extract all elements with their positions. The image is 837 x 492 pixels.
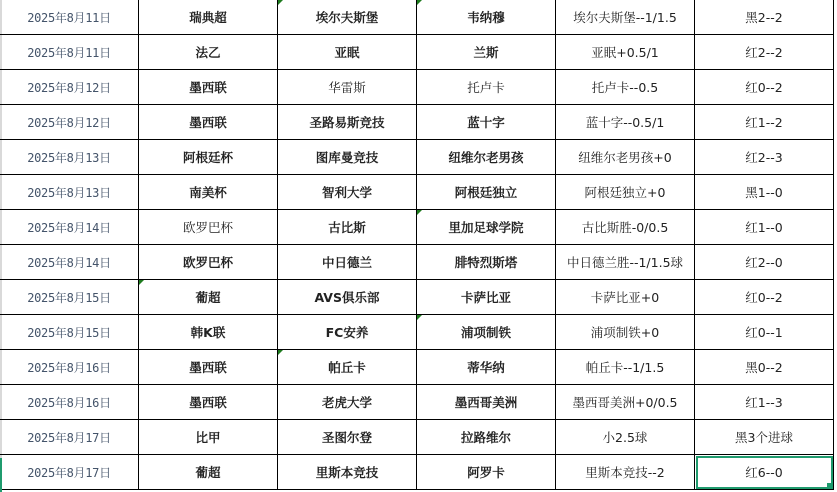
handicap-pick-cell[interactable]: 托卢卡--0.5 bbox=[556, 70, 695, 105]
table-row: 2025年8月17日 葡超 里斯本竞技 阿罗卡 里斯本竞技--2 红6--0 bbox=[0, 455, 834, 490]
date-cell[interactable]: 2025年8月17日 bbox=[0, 420, 139, 455]
date-cell[interactable]: 2025年8月12日 bbox=[0, 105, 139, 140]
handicap-pick-cell[interactable]: 阿根廷独立+0 bbox=[556, 175, 695, 210]
away-team-cell[interactable]: 韦纳穆 bbox=[417, 0, 556, 35]
result-cell[interactable]: 红2--0 bbox=[695, 245, 834, 280]
result-text: 红6--0 bbox=[745, 465, 782, 480]
result-cell[interactable]: 红1--3 bbox=[695, 385, 834, 420]
league-cell[interactable]: 葡超 bbox=[139, 280, 278, 315]
date-cell[interactable]: 2025年8月13日 bbox=[0, 140, 139, 175]
result-cell[interactable]: 黑1--0 bbox=[695, 175, 834, 210]
date-cell[interactable]: 2025年8月11日 bbox=[0, 0, 139, 35]
home-team-cell[interactable]: 圣路易斯竞技 bbox=[278, 105, 417, 140]
result-cell[interactable]: 红0--2 bbox=[695, 70, 834, 105]
league-cell[interactable]: 墨西联 bbox=[139, 70, 278, 105]
result-cell[interactable]: 黑3个进球 bbox=[695, 420, 834, 455]
date-cell[interactable]: 2025年8月15日 bbox=[0, 280, 139, 315]
table-row: 2025年8月12日 墨西联 圣路易斯竞技 蓝十字 蓝十字--0.5/1 红1-… bbox=[0, 105, 834, 140]
handicap-pick-cell[interactable]: 中日德兰胜--1/1.5球 bbox=[556, 245, 695, 280]
home-team-cell[interactable]: 亚眠 bbox=[278, 35, 417, 70]
handicap-pick-cell[interactable]: 蓝十字--0.5/1 bbox=[556, 105, 695, 140]
away-team-cell[interactable]: 阿根廷独立 bbox=[417, 175, 556, 210]
date-cell[interactable]: 2025年8月14日 bbox=[0, 245, 139, 280]
result-cell[interactable]: 红2--2 bbox=[695, 35, 834, 70]
handicap-pick-cell[interactable]: 墨西哥美洲+0/0.5 bbox=[556, 385, 695, 420]
table-row: 2025年8月13日 阿根廷杯 图库曼竞技 纽维尔老男孩 纽维尔老男孩+0 红2… bbox=[0, 140, 834, 175]
handicap-pick-cell[interactable]: 古比斯胜-0/0.5 bbox=[556, 210, 695, 245]
handicap-pick-cell[interactable]: 埃尔夫斯堡--1/1.5 bbox=[556, 0, 695, 35]
home-team-cell[interactable]: 帕丘卡 bbox=[278, 350, 417, 385]
away-team-cell[interactable]: 托卢卡 bbox=[417, 70, 556, 105]
home-team-cell[interactable]: 老虎大学 bbox=[278, 385, 417, 420]
table-row: 2025年8月12日 墨西联 华雷斯 托卢卡 托卢卡--0.5 红0--2 bbox=[0, 70, 834, 105]
table-row: 2025年8月14日 欧罗巴杯 古比斯 里加足球学院 古比斯胜-0/0.5 红1… bbox=[0, 210, 834, 245]
handicap-pick-cell[interactable]: 浦项制铁+0 bbox=[556, 315, 695, 350]
home-team-cell[interactable]: FC安养 bbox=[278, 315, 417, 350]
away-team-cell[interactable]: 兰斯 bbox=[417, 35, 556, 70]
league-cell[interactable]: 墨西联 bbox=[139, 385, 278, 420]
result-cell[interactable]: 红0--1 bbox=[695, 315, 834, 350]
table-row: 2025年8月15日 韩K联 FC安养 浦项制铁 浦项制铁+0 红0--1 bbox=[0, 315, 834, 350]
away-team-cell[interactable]: 纽维尔老男孩 bbox=[417, 140, 556, 175]
result-cell[interactable]: 黑2--2 bbox=[695, 0, 834, 35]
date-cell[interactable]: 2025年8月11日 bbox=[0, 35, 139, 70]
league-cell[interactable]: 阿根廷杯 bbox=[139, 140, 278, 175]
table-row: 2025年8月17日 比甲 圣图尔登 拉路维尔 小2.5球 黑3个进球 bbox=[0, 420, 834, 455]
result-cell[interactable]: 红1--2 bbox=[695, 105, 834, 140]
league-cell[interactable]: 墨西联 bbox=[139, 350, 278, 385]
away-team-cell[interactable]: 拉路维尔 bbox=[417, 420, 556, 455]
handicap-pick-cell[interactable]: 里斯本竞技--2 bbox=[556, 455, 695, 490]
league-cell[interactable]: 法乙 bbox=[139, 35, 278, 70]
home-team-cell[interactable]: 里斯本竞技 bbox=[278, 455, 417, 490]
handicap-pick-cell[interactable]: 帕丘卡--1/1.5 bbox=[556, 350, 695, 385]
result-cell[interactable]: 红2--3 bbox=[695, 140, 834, 175]
result-cell-selected[interactable]: 红6--0 bbox=[695, 455, 834, 490]
handicap-pick-cell[interactable]: 卡萨比亚+0 bbox=[556, 280, 695, 315]
league-cell[interactable]: 韩K联 bbox=[139, 315, 278, 350]
date-cell[interactable]: 2025年8月16日 bbox=[0, 350, 139, 385]
table-row: 2025年8月11日 瑞典超 埃尔夫斯堡 韦纳穆 埃尔夫斯堡--1/1.5 黑2… bbox=[0, 0, 834, 35]
handicap-pick-cell[interactable]: 小2.5球 bbox=[556, 420, 695, 455]
away-team-cell[interactable]: 蒂华纳 bbox=[417, 350, 556, 385]
date-cell[interactable]: 2025年8月14日 bbox=[0, 210, 139, 245]
away-team-cell[interactable]: 墨西哥美洲 bbox=[417, 385, 556, 420]
table-row: 2025年8月13日 南美杯 智利大学 阿根廷独立 阿根廷独立+0 黑1--0 bbox=[0, 175, 834, 210]
fill-handle[interactable] bbox=[827, 483, 832, 488]
league-cell[interactable]: 瑞典超 bbox=[139, 0, 278, 35]
date-cell[interactable]: 2025年8月12日 bbox=[0, 70, 139, 105]
away-team-cell[interactable]: 里加足球学院 bbox=[417, 210, 556, 245]
result-cell[interactable]: 红0--2 bbox=[695, 280, 834, 315]
league-cell[interactable]: 葡超 bbox=[139, 455, 278, 490]
away-team-cell[interactable]: 阿罗卡 bbox=[417, 455, 556, 490]
date-cell[interactable]: 2025年8月13日 bbox=[0, 175, 139, 210]
away-team-cell[interactable]: 蓝十字 bbox=[417, 105, 556, 140]
spreadsheet-grid: 2025年8月11日 瑞典超 埃尔夫斯堡 韦纳穆 埃尔夫斯堡--1/1.5 黑2… bbox=[0, 0, 834, 490]
handicap-pick-cell[interactable]: 亚眠+0.5/1 bbox=[556, 35, 695, 70]
home-team-cell[interactable]: 智利大学 bbox=[278, 175, 417, 210]
home-team-cell[interactable]: 古比斯 bbox=[278, 210, 417, 245]
league-cell[interactable]: 比甲 bbox=[139, 420, 278, 455]
away-team-cell[interactable]: 卡萨比亚 bbox=[417, 280, 556, 315]
table-row: 2025年8月11日 法乙 亚眠 兰斯 亚眠+0.5/1 红2--2 bbox=[0, 35, 834, 70]
home-team-cell[interactable]: AVS俱乐部 bbox=[278, 280, 417, 315]
home-team-cell[interactable]: 圣图尔登 bbox=[278, 420, 417, 455]
table-row: 2025年8月16日 墨西联 帕丘卡 蒂华纳 帕丘卡--1/1.5 黑0--2 bbox=[0, 350, 834, 385]
league-cell[interactable]: 欧罗巴杯 bbox=[139, 210, 278, 245]
date-cell[interactable]: 2025年8月17日 bbox=[0, 455, 139, 490]
league-cell[interactable]: 南美杯 bbox=[139, 175, 278, 210]
home-team-cell[interactable]: 中日德兰 bbox=[278, 245, 417, 280]
away-team-cell[interactable]: 腓特烈斯塔 bbox=[417, 245, 556, 280]
home-team-cell[interactable]: 图库曼竞技 bbox=[278, 140, 417, 175]
home-team-cell[interactable]: 埃尔夫斯堡 bbox=[278, 0, 417, 35]
table-row: 2025年8月14日 欧罗巴杯 中日德兰 腓特烈斯塔 中日德兰胜--1/1.5球… bbox=[0, 245, 834, 280]
table-row: 2025年8月15日 葡超 AVS俱乐部 卡萨比亚 卡萨比亚+0 红0--2 bbox=[0, 280, 834, 315]
result-cell[interactable]: 黑0--2 bbox=[695, 350, 834, 385]
date-cell[interactable]: 2025年8月15日 bbox=[0, 315, 139, 350]
league-cell[interactable]: 墨西联 bbox=[139, 105, 278, 140]
date-cell[interactable]: 2025年8月16日 bbox=[0, 385, 139, 420]
away-team-cell[interactable]: 浦项制铁 bbox=[417, 315, 556, 350]
active-row-indicator bbox=[0, 458, 2, 492]
result-cell[interactable]: 红1--0 bbox=[695, 210, 834, 245]
handicap-pick-cell[interactable]: 纽维尔老男孩+0 bbox=[556, 140, 695, 175]
table-row: 2025年8月16日 墨西联 老虎大学 墨西哥美洲 墨西哥美洲+0/0.5 红1… bbox=[0, 385, 834, 420]
league-cell[interactable]: 欧罗巴杯 bbox=[139, 245, 278, 280]
home-team-cell[interactable]: 华雷斯 bbox=[278, 70, 417, 105]
